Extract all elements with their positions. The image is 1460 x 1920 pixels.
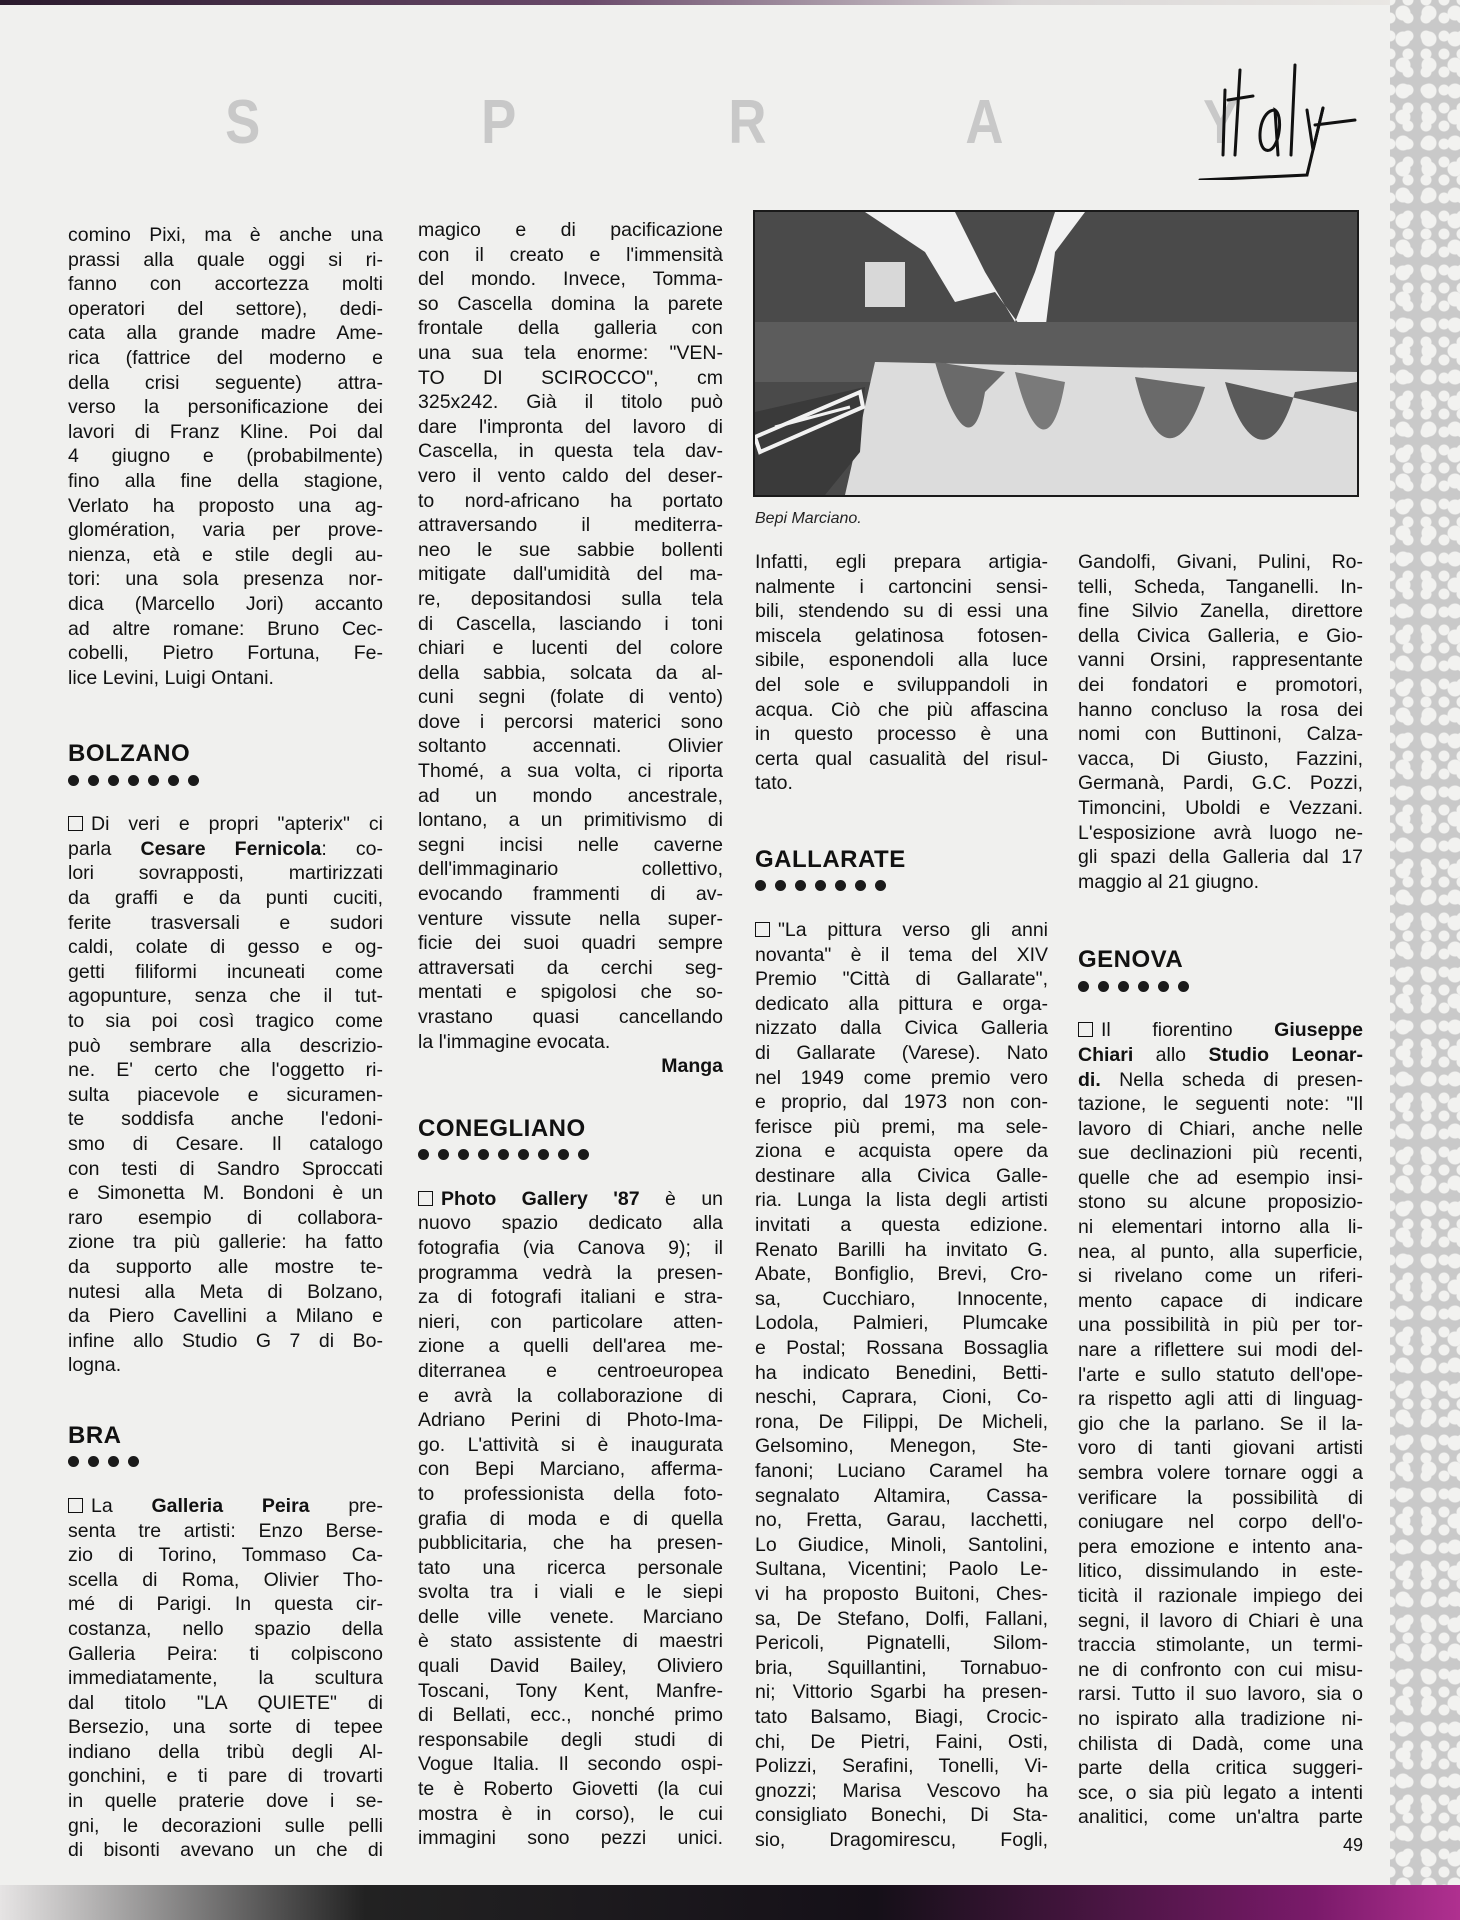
text-line: coniugare nel corpo dell'o- [1078,1510,1363,1535]
text-line: te soddisfa anche l'edoni- [68,1107,383,1132]
author-signature: Manga [418,1054,723,1079]
text-line: venture vissute nella super- [418,907,723,932]
text-line: nienza, età e stile degli au- [68,543,383,568]
text-line: litico, dissimulando in este- [1078,1559,1363,1584]
text-line: evocando frammenti di av- [418,882,723,907]
photo-caption: Bepi Marciano. [755,510,862,528]
section-genova: GENOVA Il fiorentino Giuseppe Chiari all… [1078,946,1363,1830]
text-line: dell'immaginario collettivo, [418,857,723,882]
text-line: Il fiorentino Giuseppe [1078,1018,1363,1043]
col3-intro: Infatti, egli prepara artigia- nalmente … [755,550,1048,796]
masthead-letter: P [481,87,516,158]
text-line: ne di confronto con cui misu- [1078,1658,1363,1683]
text-line: in quelle praterie dove i se- [68,1789,383,1814]
text-line: ad un mondo ancestrale, [418,784,723,809]
text-line: grafia di moda e di quella [418,1507,723,1532]
text-line: una possibilità in più per tor- [1078,1313,1363,1338]
text-line: comino Pixi, ma è anche una [68,223,383,248]
column-3: Infatti, egli prepara artigia- nalmente … [755,550,1048,1853]
text-line: prassi alla quale oggi si ri- [68,248,383,273]
square-bullet-icon [68,816,83,831]
section-heading: GENOVA [1078,946,1363,974]
text-line: nomi con Buttinoni, Calza- [1078,722,1363,747]
text-line: costanza, nello spazio della [68,1617,383,1642]
text-line: nizzato dalla Civica Galleria [755,1016,1048,1041]
text-line: ferisce più premi, ma sele- [755,1115,1048,1140]
masthead-letter: A [965,87,1003,158]
heading-dots [1078,980,1363,992]
text-line: dove i percorsi materici sono [418,710,723,735]
text-line: cobelli, Pietro Fortuna, Fe- [68,641,383,666]
text-line: programma vedrà la presen- [418,1261,723,1286]
text-line: to nord-africano ha portato [418,489,723,514]
section-heading: BOLZANO [68,740,383,768]
text-line: una sua tela enorme: "VEN- [418,341,723,366]
text-line: mé di Parigi. In questa cir- [68,1592,383,1617]
text-line: Photo Gallery '87 è un [418,1187,723,1212]
text-line: Cascella, in questa tela dav- [418,439,723,464]
text-line: sembra volere tornare oggi a [1078,1461,1363,1486]
text-line: chilista di Dadà, come una [1078,1732,1363,1757]
text-line: dal titolo "LA QUIETE" di [68,1691,383,1716]
text-line: zio di Torino, Tommaso Ca- [68,1543,383,1568]
text-line: vi ha proposto Buitoni, Ches- [755,1582,1048,1607]
text-line: segni, il lavoro di Chiari è una [1078,1609,1363,1634]
text-line: diterranea e centroeuropea [418,1359,723,1384]
col2-intro: magico e di pacificazione con il creato … [418,218,723,1079]
text-line: è stato assistente di maestri [418,1629,723,1654]
text-line: ria. Lunga la lista degli artisti [755,1188,1048,1213]
text-line: gio che la parlano. Se il la- [1078,1412,1363,1437]
text-line: quali David Bailey, Oliviero [418,1654,723,1679]
col1-intro: comino Pixi, ma è anche una prassi alla … [68,223,383,690]
text-line: parla Cesare Fernicola: co- [68,837,383,862]
text-line: bili, stendendo su di essi una [755,599,1048,624]
text-line: Renato Barilli ha invitato G. [755,1238,1048,1263]
text-line: sa, De Stefano, Dolfi, Fallani, [755,1607,1048,1632]
text-line: ne. E' certo che l'oggetto ri- [68,1058,383,1083]
text-line: dedicato alla pittura e orga- [755,992,1048,1017]
text-line: novanta" è il tema del XIV [755,943,1048,968]
text-line: di Bellati, ecc., nonché primo [418,1703,723,1728]
text-line: Polizzi, Serafini, Tonelli, Vi- [755,1754,1048,1779]
text-line: Abate, Bonfiglio, Brevi, Cro- [755,1262,1048,1287]
gallery-name: Photo Gallery '87 [441,1188,640,1210]
text-line: nel 1949 come premio vero [755,1066,1048,1091]
masthead-letter: S [225,87,260,158]
text-line: nea, al punto, alla superficie, [1078,1240,1363,1265]
text-line: dare l'impronta del lavoro di [418,415,723,440]
text-line: no, Fretta, Garau, Iacchetti, [755,1508,1048,1533]
text-line: L'esposizione avrà luogo ne- [1078,821,1363,846]
text-line: scella di Roma, Olivier Tho- [68,1568,383,1593]
text-line: fine Silvio Zanella, direttore [1078,599,1363,624]
col4-intro: Gandolfi, Givani, Pulini, Ro- telli, Sch… [1078,550,1363,894]
text-line: vanni Orsini, rappresentante [1078,648,1363,673]
text-line: to professionista della foto- [418,1482,723,1507]
heading-dots [418,1149,723,1161]
text-line: della sabbia, solcata da al- [418,661,723,686]
square-bullet-icon [755,922,770,937]
text-line: tazione, le seguenti note: "Il [1078,1092,1363,1117]
heading-dots [68,774,383,786]
text-line: no ispirato alla tradizione ni- [1078,1707,1363,1732]
text-line: Timoncini, Uboldi e Vezzani. [1078,796,1363,821]
text-line: lori sovrapposti, martirizzati [68,861,383,886]
text-line: Infatti, egli prepara artigia- [755,550,1048,575]
text-line: nutesi alla Meta di Bolzano, [68,1280,383,1305]
heading-dots [755,880,1048,892]
text-line: delle ville venete. Marciano [418,1605,723,1630]
text-line: da supporto alle mostre te- [68,1255,383,1280]
section-heading: CONEGLIANO [418,1115,723,1143]
text-line: Lo Giudice, Minoli, Santolini, [755,1533,1048,1558]
text-line: 325x242. Già il titolo può [418,390,723,415]
text-line: nare a riflettere sui modi del- [1078,1338,1363,1363]
text-line: con Bepi Marciano, afferma- [418,1457,723,1482]
section-bra: BRA La Galleria Peira pre- senta tre art… [68,1422,383,1863]
gallery-name: Galleria Peira [152,1495,310,1517]
text-line: sulta piacevole e sicuramen- [68,1083,383,1108]
text-line: del sole e sviluppandoli in [755,673,1048,698]
heading-dots [68,1456,383,1468]
text-line: stono su alcune proposizio- [1078,1190,1363,1215]
text-line: Toscani, Tony Kent, Manfre- [418,1679,723,1704]
text-line: zione tra più gallerie: ha fatto [68,1230,383,1255]
text-line: zione a quelli dell'area me- [418,1334,723,1359]
text-line: to sia poi così tragico come [68,1009,383,1034]
text-line: Premio "Città di Gallarate", [755,967,1048,992]
text-line: acqua. Ciò che più affascina [755,698,1048,723]
text-line: consigliato Bonechi, Di Sta- [755,1803,1048,1828]
text-line: Germanà, Pardi, G.C. Pozzi, [1078,771,1363,796]
text-line: maggio al 21 giugno. [1078,870,1363,895]
text-line: gnozzi; Marisa Vescovo ha [755,1779,1048,1804]
text-line: senta tre artisti: Enzo Berse- [68,1519,383,1544]
text-line: magico e di pacificazione [418,218,723,243]
text-line: operatori del settore), dedi- [68,297,383,322]
text-line: indiano della tribù degli Al- [68,1740,383,1765]
text-line: con il creato e l'immensità [418,243,723,268]
text-line: tato. [755,771,1048,796]
text-line: voro di tanti giovani artisti [1078,1436,1363,1461]
text-line: glomération, varia per prove- [68,518,383,543]
text-line: frontale della galleria con [418,316,723,341]
text-line: quelle che ad esempio insi- [1078,1166,1363,1191]
text-line: ziona e acquista opere da [755,1139,1048,1164]
text-line: so Cascella domina la parete [418,292,723,317]
text-line: Thomé, a sua volta, ci riporta [418,759,723,784]
text-line: infine allo Studio G 7 di Bo- [68,1329,383,1354]
text-line: Gelsomino, Menegon, Ste- [755,1434,1048,1459]
text-line: "La pittura verso gli anni [778,919,1048,941]
text-line: sibile, esponendoli alla luce [755,648,1048,673]
text-line: ficie dei suoi quadri sempre [418,931,723,956]
text-line: gonchini, e ti pare di trovarti [68,1764,383,1789]
text-line: l'arte e sullo statuto dell'ope- [1078,1363,1363,1388]
text-line: mostra è in corso), le cui [418,1802,723,1827]
text-line: attraversati da cerchi seg- [418,956,723,981]
text-line: e Postal; Rossana Bossaglia [755,1336,1048,1361]
text-line: Di veri e propri "apterix" ci [91,813,383,835]
column-2: magico e di pacificazione con il creato … [418,218,723,1851]
photo-illustration [755,212,1357,495]
text-line: ferite trasversali e sudori [68,911,383,936]
text-line: fanoni; Luciano Caramel ha [755,1459,1048,1484]
text-line: mitigate dall'umidità del ma- [418,562,723,587]
text-line: Vogue Italia. Il secondo ospi- [418,1752,723,1777]
page-number: 49 [1343,1835,1363,1856]
text-line: in questo processo è una [755,722,1048,747]
text-line: neo le sue sabbie bollenti [418,538,723,563]
text-line: svolta tra i viali e le siepi [418,1580,723,1605]
text-line: la l'immagine evocata. [418,1030,723,1055]
text-line: con testi di Sandro Sproccati [68,1157,383,1182]
text-line: destinare alla Civica Galle- [755,1164,1048,1189]
text-line: di bisonti avevano un che di [68,1838,383,1863]
text-line: ra rispetto agli atti di linguag- [1078,1387,1363,1412]
text-line: La Galleria Peira pre- [68,1494,383,1519]
section-conegliano: CONEGLIANO Photo Gallery '87 è un nuovo … [418,1115,723,1851]
text-line: segni incisi nelle caverne [418,833,723,858]
text-line: verificare la possibilità di [1078,1486,1363,1511]
text-line: mentati e spigolosi che so- [418,980,723,1005]
text-line: ha indicato Benedini, Betti- [755,1361,1048,1386]
text-line: fino alla fine della stagione, [68,469,383,494]
text-line: pera emozione e intento ana- [1078,1535,1363,1560]
text-line: nieri, con particolare atten- [418,1310,723,1335]
text-line: vacca, Di Giusto, Fazzini, [1078,747,1363,772]
text-line: Gandolfi, Givani, Pulini, Ro- [1078,550,1363,575]
text-line: Sultana, Vicentini; Paolo Le- [755,1557,1048,1582]
text-line: da Piero Cavellini a Milano e [68,1304,383,1329]
text-line: e avrà la collaborazione di [418,1384,723,1409]
text-line: Verlato ha proposto una ag- [68,494,383,519]
text-line: può sembrare alla descrizio- [68,1034,383,1059]
text-line: Chiari allo Studio Leonar- [1078,1043,1363,1068]
text-line: logna. [68,1353,383,1378]
text-line: lontano, a un primitivismo di [418,808,723,833]
masthead-letter: R [728,87,766,158]
photo-pond-rowboat [753,210,1359,497]
column-1: comino Pixi, ma è anche una prassi alla … [68,223,383,1863]
text-line: parte della critica suggeri- [1078,1756,1363,1781]
text-line: ad altre romane: Bruno Cec- [68,617,383,642]
text-line: ticità il razionale impiego dei [1078,1584,1363,1609]
section-bolzano: BOLZANO Di veri e propri "apterix" ci pa… [68,740,383,1378]
decorative-dot-pattern [1390,0,1460,1895]
text-line: fanno con accortezza molti [68,272,383,297]
magazine-page: S P R A Y comino Pixi, ma è anche una pr… [0,5,1400,1885]
text-line: immagini sono pezzi unici. [418,1826,723,1851]
text-line: da graffi e da punti cuciti, [68,886,383,911]
text-line: di. Nella scheda di presen- [1078,1068,1363,1093]
text-line: tato Balsamo, Biagi, Crocic- [755,1705,1048,1730]
text-line: della Civica Galleria, e Gio- [1078,624,1363,649]
text-line: neschi, Caprara, Cioni, Co- [755,1385,1048,1410]
section-heading: GALLARATE [755,846,1048,874]
text-line: sio, Dragomirescu, Fogli, [755,1828,1048,1853]
text-line: hanno concluso la rosa dei [1078,698,1363,723]
text-line: Galleria Peira: ti colpiscono [68,1642,383,1667]
text-line: chi, De Pietri, Faini, Osti, [755,1730,1048,1755]
square-bullet-icon [1078,1022,1093,1037]
text-line: rona, De Filippi, De Micheli, [755,1410,1048,1435]
text-line: rarsi. Tutto il suo lavoro, sia o [1078,1682,1363,1707]
text-line: rica (fattrice del moderno e [68,346,383,371]
masthead-spray: S P R A Y [0,87,1400,157]
text-line: lavoro di Chiari, anche nelle [1078,1117,1363,1142]
section-heading: BRA [68,1422,383,1450]
column-4: Gandolfi, Givani, Pulini, Ro- telli, Sch… [1078,550,1363,1830]
text-line: di Gallarate (Varese). Nato [755,1041,1048,1066]
text-line: certa qual casualità del risul- [755,747,1048,772]
text-line: nuovo spazio dedicato alla [418,1211,723,1236]
text-line: Adriano Perini di Photo-Ima- [418,1408,723,1433]
text-line: vrastano quasi cancellando [418,1005,723,1030]
text-line: del mondo. Invece, Tomma- [418,267,723,292]
text-line: attraversando il mediterra- [418,513,723,538]
text-line: Bersezio, una sorte di tepee [68,1715,383,1740]
text-line: chiari e lucenti del colore [418,636,723,661]
text-line: re, depositandosi sulla tela [418,587,723,612]
text-line: raro esempio di collabora- [68,1206,383,1231]
text-line: di Cascella, lasciando i toni [418,612,723,637]
text-line: cuni segni (folate di vento) [418,685,723,710]
text-line: mento capace di indicare [1078,1289,1363,1314]
square-bullet-icon [68,1498,83,1513]
text-line: pubblicitaria, che ha presen- [418,1531,723,1556]
artist-name: Cesare Fernicola [140,838,321,860]
text-line: sce, o sia più legato a intenti [1078,1781,1363,1806]
text-line: e Simonetta M. Bondoni è un [68,1181,383,1206]
text-line: si rivelano come un riferi- [1078,1264,1363,1289]
text-line: invitati a questa edizione. [755,1213,1048,1238]
text-line: te è Roberto Giovetti (la cui [418,1777,723,1802]
text-line: caldi, colate di gesso e og- [68,935,383,960]
text-line: ni elementari intorno alla li- [1078,1215,1363,1240]
text-line: traccia stimolante, un termi- [1078,1633,1363,1658]
text-line: dei fondatori e promotori, [1078,673,1363,698]
text-line: fotografia (via Canova 9); il [418,1236,723,1261]
text-line: cata alla grande madre Ame- [68,321,383,346]
text-line: analitici, come un'altra parte [1078,1805,1363,1830]
text-line: lice Levini, Luigi Ontani. [68,666,383,691]
text-line: 4 giugno e (probabilmente) [68,444,383,469]
text-line: getti filiformi incuneati come [68,960,383,985]
text-line: segnalato Altamira, Cassa- [755,1484,1048,1509]
text-line: dica (Marcello Jori) accanto [68,592,383,617]
text-line: tori: una sola presenza nor- [68,567,383,592]
text-line: smo di Cesare. Il catalogo [68,1132,383,1157]
text-line: telli, Scheda, Tanganelli. In- [1078,575,1363,600]
text-line: ni; Vittorio Sgarbi ha presen- [755,1680,1048,1705]
text-line: vero il vento caldo del deser- [418,464,723,489]
text-line: verso la personificazione dei [68,395,383,420]
text-line: sue declinazioni più recenti, [1078,1141,1363,1166]
text-line: responsabile degli studi di [418,1728,723,1753]
text-line: tato una ricerca personale [418,1556,723,1581]
section-gallarate: GALLARATE "La pittura verso gli anni nov… [755,846,1048,1853]
page-bottom-edge [0,1885,1460,1920]
text-line: miscela gelatinosa fotosen- [755,624,1048,649]
text-line: lavori di Franz Kline. Poi dal [68,420,383,445]
text-line: go. L'attività si è inaugurata [418,1433,723,1458]
text-line: della crisi seguente) attra- [68,371,383,396]
text-line: sa, Cucchiaro, Innocente, [755,1287,1048,1312]
text-line: gni, le decorazioni sulle pelli [68,1814,383,1839]
text-line: soltanto accennati. Olivier [418,734,723,759]
square-bullet-icon [418,1191,433,1206]
italy-logo-icon [1195,30,1365,180]
text-line: gli spazi della Galleria dal 17 [1078,845,1363,870]
text-line: nalmente i cartoncini sensi- [755,575,1048,600]
text-line: immediatamente, la scultura [68,1666,383,1691]
text-line: TO DI SCIROCCO", cm [418,366,723,391]
text-line: za di fotografi italiani e stra- [418,1285,723,1310]
text-line: bria, Squillantini, Tornabuo- [755,1656,1048,1681]
text-line: e proprio, dal 1973 non con- [755,1090,1048,1115]
text-line: agopunture, senza che il tut- [68,984,383,1009]
text-line: Pericoli, Pignatelli, Silom- [755,1631,1048,1656]
text-line: Lodola, Palmieri, Plumcake [755,1311,1048,1336]
